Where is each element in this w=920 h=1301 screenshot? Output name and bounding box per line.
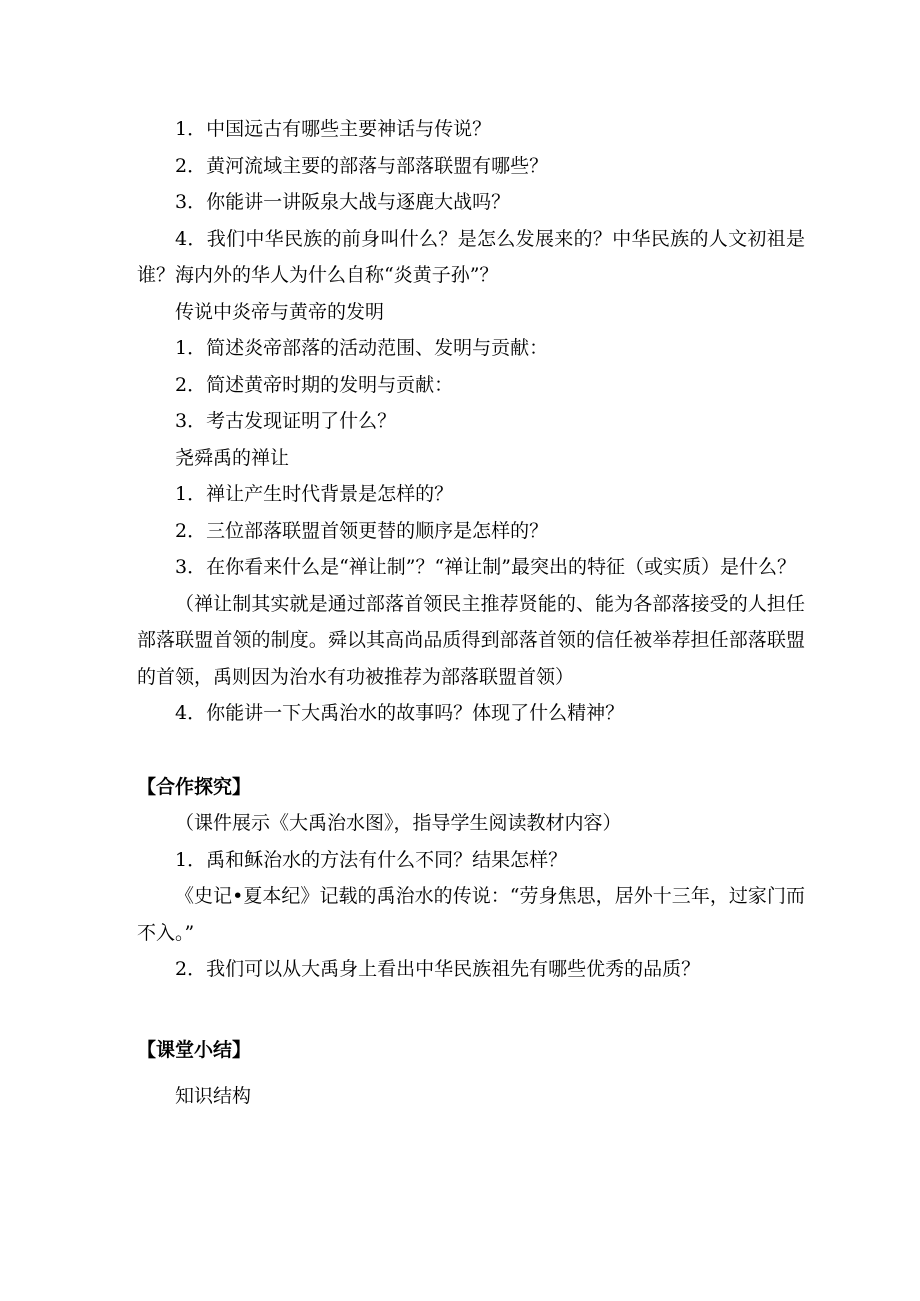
question-huangdi-contributions: 2．简述黄帝时期的发明与贡献： [137,367,805,404]
question-leader-succession-order: 2．三位部落联盟首领更替的顺序是怎样的？ [137,513,805,550]
topic-yao-shun-yu-abdication: 尧舜禹的禅让 [137,440,805,477]
blank-gap [137,1068,805,1078]
document-page: 1．中国远古有哪些主要神话与传说？ 2．黄河流域主要的部落与部落联盟有哪些？ 3… [0,0,920,1301]
heading-cooperative-inquiry: 【合作探究】 [137,769,805,806]
question-ancient-myths: 1．中国远古有哪些主要神话与传说？ [137,111,805,148]
question-dayu-qualities: 2．我们可以从大禹身上看出中华民族祖先有哪些优秀的品质？ [137,951,805,988]
question-yellow-river-tribes: 2．黄河流域主要的部落与部落联盟有哪些？ [137,148,805,185]
question-yu-gun-methods: 1．禹和稣治水的方法有什么不同？结果怎样？ [137,842,805,879]
question-abdication-system-essence: 3．在你看来什么是“禅让制”？“禅让制”最突出的特征（或实质）是什么？ [137,549,805,586]
heading-class-summary: 【课堂小结】 [137,1032,805,1069]
blank-line [137,732,805,769]
question-yandi-contributions: 1．简述炎帝部落的活动范围、发明与贡献： [137,330,805,367]
question-nation-origin: 4．我们中华民族的前身叫什么？是怎么发展来的？中华民族的人文初祖是谁？海内外的华… [137,221,805,294]
blank-line [137,988,805,1032]
question-banquan-zhuolu-battles: 3．你能讲一讲阪泉大战与逐鹿大战吗？ [137,184,805,221]
topic-knowledge-structure: 知识结构 [137,1078,805,1115]
question-archaeology-proof: 3．考古发现证明了什么？ [137,403,805,440]
note-abdication-explanation: （禅让制其实就是通过部落首领民主推荐贤能的、能为各部落接受的人担任部落联盟首领的… [137,586,805,696]
question-dayu-flood-story: 4．你能讲一下大禹治水的故事吗？体现了什么精神？ [137,695,805,732]
question-abdication-background: 1．禅让产生时代背景是怎样的？ [137,476,805,513]
note-shiji-quote: 《史记•夏本纪》记载的禹治水的传说：“劳身焦思，居外十三年，过家门而不入。” [137,878,805,951]
topic-yan-huang-inventions: 传说中炎帝与黄帝的发明 [137,294,805,331]
note-courseware-instruction: （课件展示《大禹治水图》，指导学生阅读教材内容） [137,805,805,842]
